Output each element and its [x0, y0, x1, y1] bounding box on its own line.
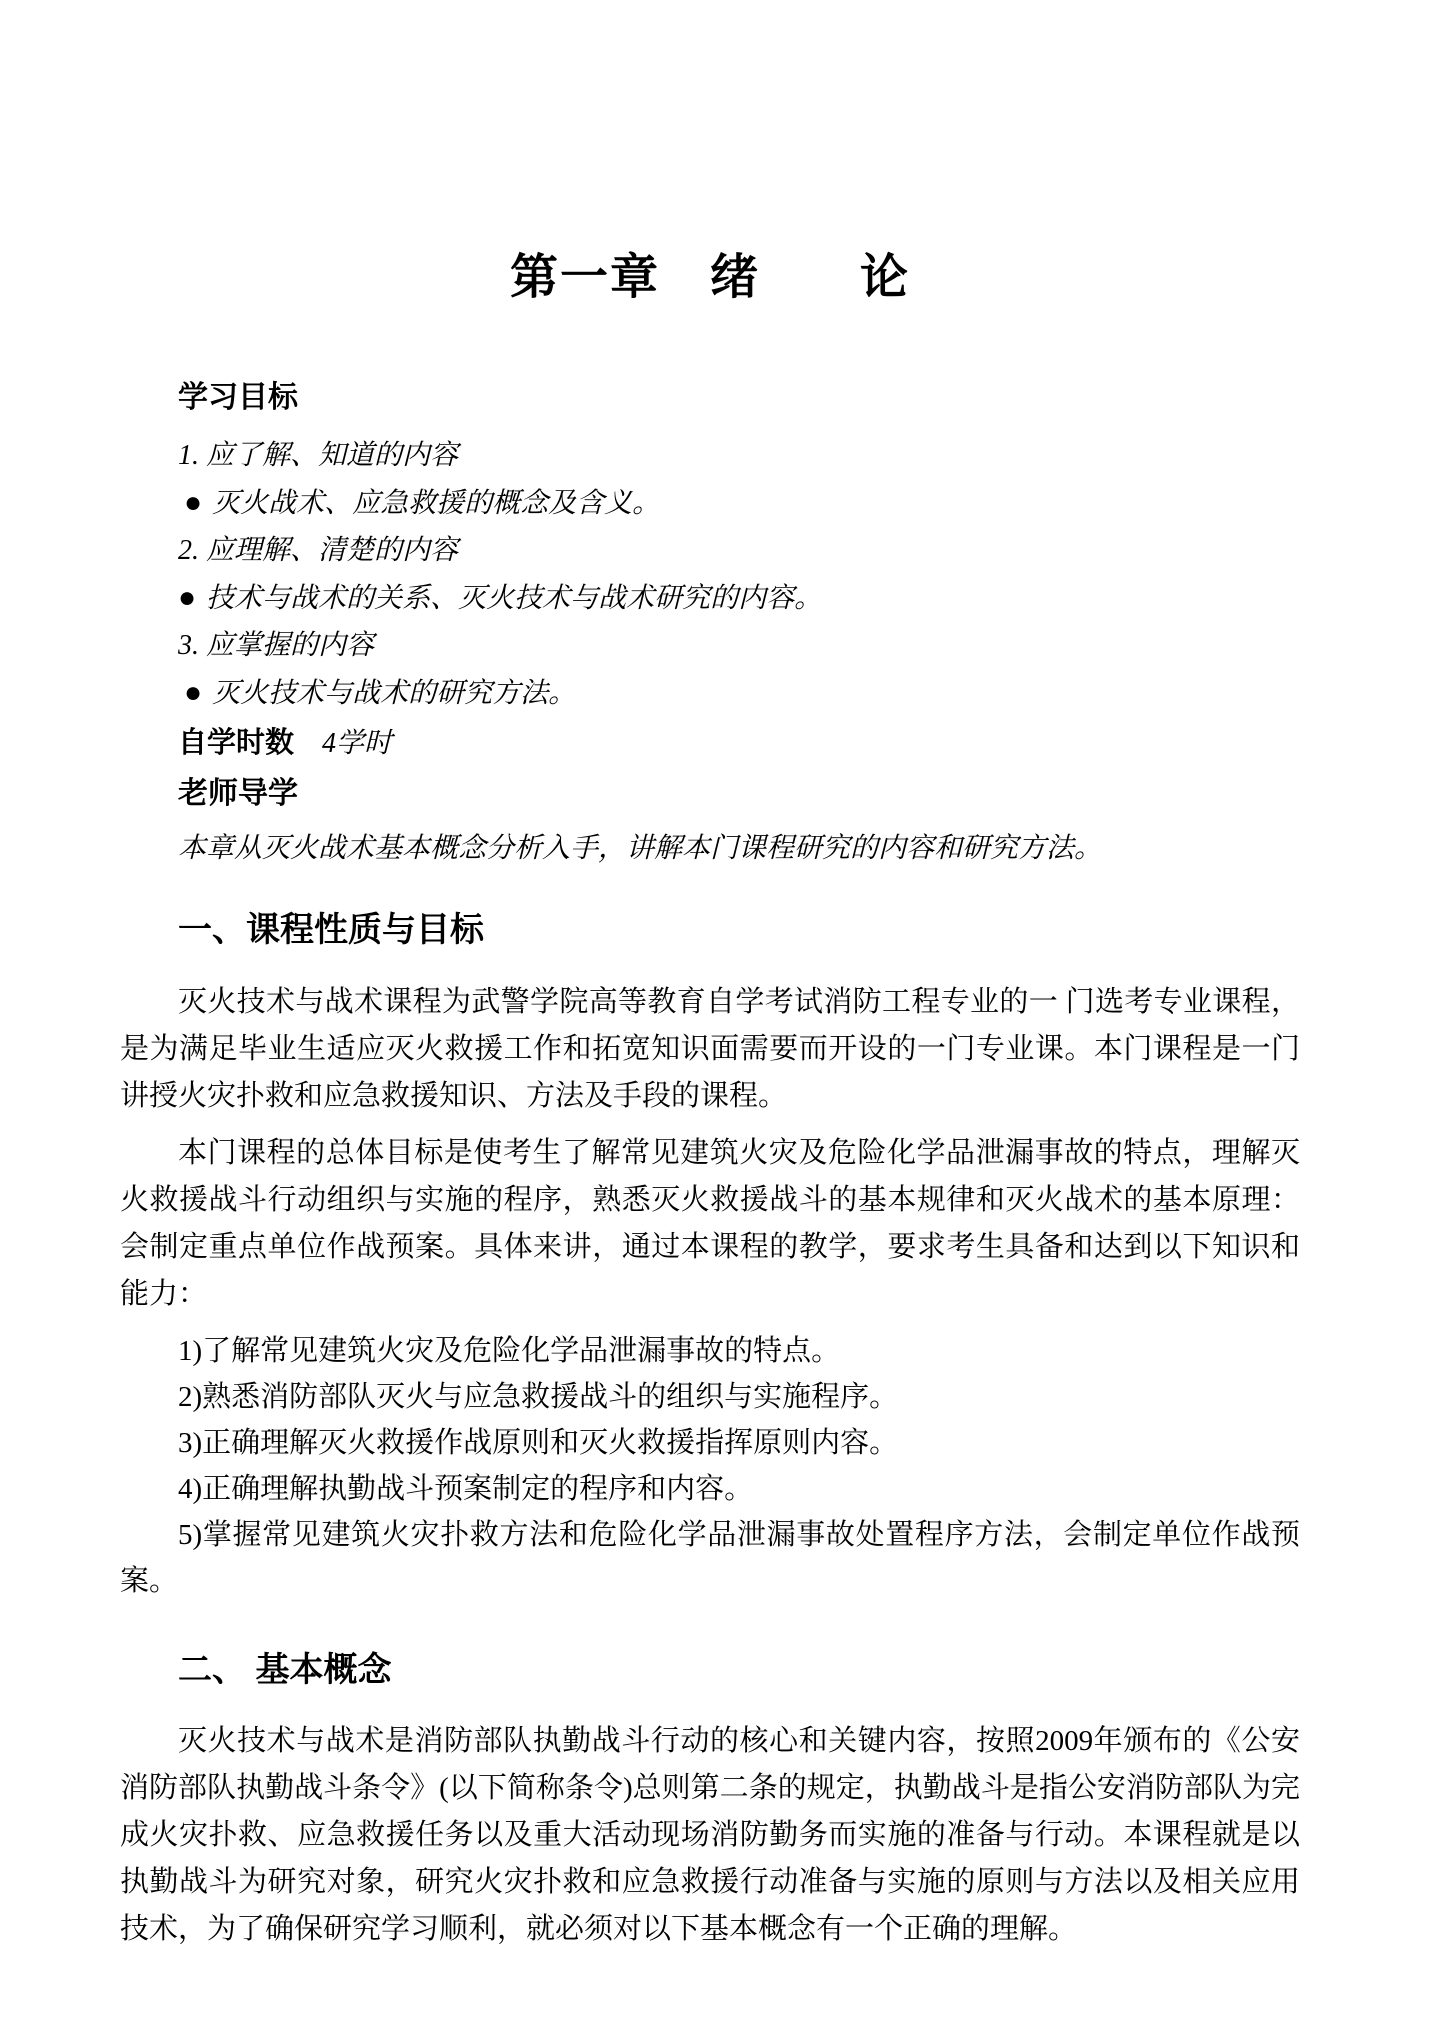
goal-numbered-item: 2. 应理解、清楚的内容	[178, 527, 1300, 574]
paragraph: 本门课程的总体目标是使考生了解常见建筑火灾及危险化学品泄漏事故的特点，理解灭火救…	[120, 1130, 1300, 1318]
goal-numbered-item: 3. 应掌握的内容	[178, 622, 1300, 669]
goal-bullet-text: 灭火技术与战术的研究方法。	[212, 678, 576, 709]
self-study-hours-line: 自学时数4学时	[178, 720, 1300, 767]
list-item: 2)熟悉消防部队灭火与应急救援战斗的组织与实施程序。	[120, 1374, 1300, 1420]
bullet-icon: ●	[184, 669, 202, 716]
course-nature-section: 一、课程性质与目标 灭火技术与战术课程为武警学院高等教育自学考试消防工程专业的一…	[120, 910, 1300, 1604]
goal-numbered-item: 1. 应了解、知道的内容	[178, 432, 1300, 479]
self-study-label: 自学时数	[178, 727, 294, 759]
bullet-icon: ●	[184, 479, 202, 526]
learning-goals-heading: 学习目标	[178, 379, 1300, 417]
section-1-heading: 一、课程性质与目标	[178, 910, 1300, 951]
list-item: 3)正确理解灭火救援作战原则和灭火救援指挥原则内容。	[120, 1420, 1300, 1466]
goal-bullet-text: 灭火战术、应急救援的概念及含义。	[212, 488, 660, 519]
list-item: 1)了解常见建筑火灾及危险化学品泄漏事故的特点。	[120, 1328, 1300, 1374]
goal-bullet-item: ●灭火战术、应急救援的概念及含义。	[178, 479, 1300, 527]
chapter-title: 第一章 绪 论	[120, 252, 1300, 305]
list-item: 5)掌握常见建筑火灾扑救方法和危险化学品泄漏事故处置程序方法，会制定单位作战预案…	[120, 1512, 1300, 1604]
teacher-guide-section: 老师导学 本章从灭火战术基本概念分析入手，讲解本门课程研究的内容和研究方法。	[120, 775, 1300, 872]
goal-bullet-text: 技术与战术的关系、灭火技术与战术研究的内容。	[206, 583, 822, 614]
objectives-list: 1)了解常见建筑火灾及危险化学品泄漏事故的特点。 2)熟悉消防部队灭火与应急救援…	[120, 1328, 1300, 1604]
section-2-heading: 二、 基本概念	[178, 1650, 1300, 1691]
list-item: 4)正确理解执勤战斗预案制定的程序和内容。	[120, 1466, 1300, 1512]
bullet-icon: ●	[178, 574, 196, 621]
paragraph: 灭火技术与战术是消防部队执勤战斗行动的核心和关键内容，按照2009年颁布的《公安…	[120, 1718, 1300, 1953]
self-study-value: 4学时	[322, 728, 392, 759]
goal-bullet-item: ●技术与战术的关系、灭火技术与战术研究的内容。	[178, 574, 1300, 622]
teacher-guide-text: 本章从灭火战术基本概念分析入手，讲解本门课程研究的内容和研究方法。	[178, 825, 1300, 872]
teacher-guide-heading: 老师导学	[178, 775, 1300, 813]
paragraph: 灭火技术与战术课程为武警学院高等教育自学考试消防工程专业的一 门选考专业课程，是…	[120, 979, 1300, 1120]
goal-bullet-item: ●灭火技术与战术的研究方法。	[178, 669, 1300, 717]
learning-goals-section: 学习目标 1. 应了解、知道的内容 ●灭火战术、应急救援的概念及含义。 2. 应…	[120, 379, 1300, 768]
basic-concepts-section: 二、 基本概念 灭火技术与战术是消防部队执勤战斗行动的核心和关键内容，按照200…	[120, 1650, 1300, 1954]
document-page: 第一章 绪 论 学习目标 1. 应了解、知道的内容 ●灭火战术、应急救援的概念及…	[0, 0, 1434, 2024]
